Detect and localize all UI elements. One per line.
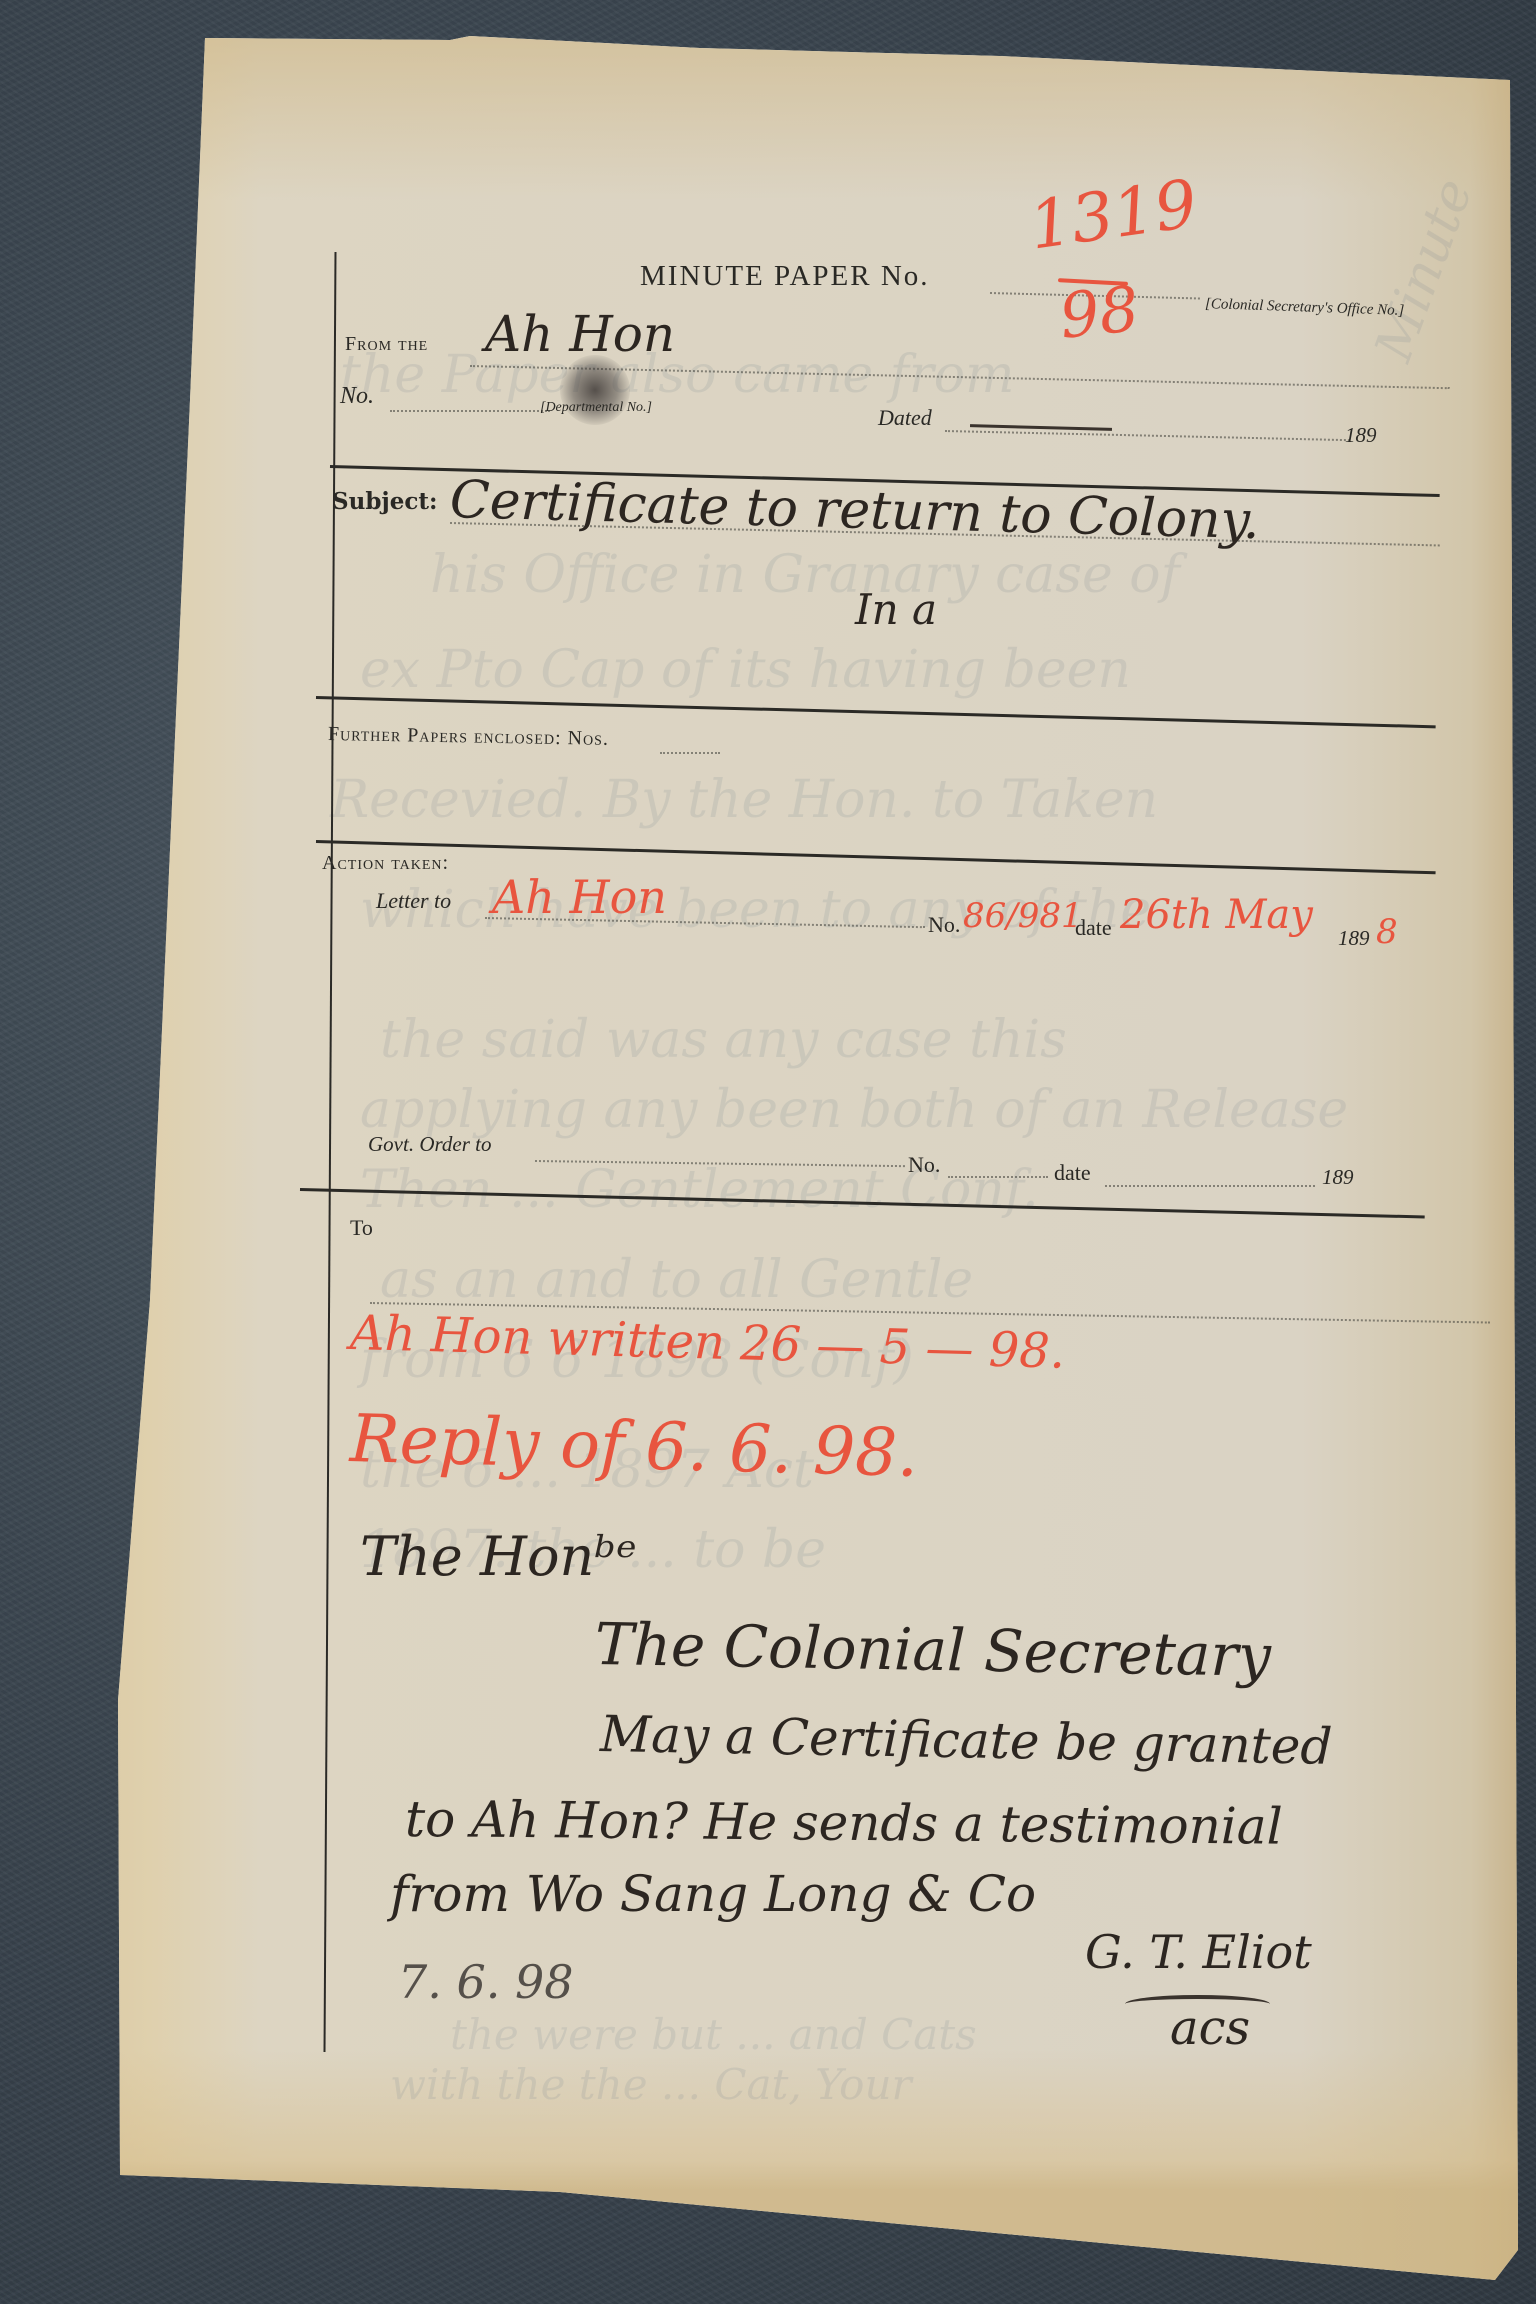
letter-no-value-handwritten: 86/981 xyxy=(963,896,1083,936)
subject-label: Subject: xyxy=(332,488,438,515)
minute-signature: G. T. Eliot xyxy=(1085,1925,1312,1979)
govt-no-line xyxy=(948,1176,1048,1178)
red-annotation-reply: Reply of 6. 6. 98. xyxy=(349,1400,919,1492)
from-label: From the xyxy=(345,333,428,356)
minute-signature-suffix: acs xyxy=(1170,2000,1250,2056)
action-taken-label: Action taken: xyxy=(322,852,449,875)
minute-date: 7. 6. 98 xyxy=(398,1955,574,2009)
dept-no-line xyxy=(390,410,550,412)
letter-no-label: No. xyxy=(928,912,960,938)
govt-order-label: Govt. Order to xyxy=(368,1132,491,1157)
letter-to-label: Letter to xyxy=(376,888,451,914)
govt-year: 189 xyxy=(1322,1165,1354,1190)
letter-to-value-handwritten: Ah Hon xyxy=(492,870,667,924)
further-papers-line xyxy=(660,752,720,754)
to-label: To xyxy=(350,1215,373,1241)
govt-date-line xyxy=(1105,1185,1315,1187)
form-title: MINUTE PAPER No. xyxy=(640,260,930,293)
from-value-handwritten: Ah Hon xyxy=(485,305,675,363)
letter-year-printed: 189 xyxy=(1338,926,1370,951)
minute-body-line-2: to Ah Hon? He sends a testimonial xyxy=(405,1790,1283,1856)
minute-body-line-3: from Wo Sang Long & Co xyxy=(390,1865,1036,1923)
govt-date-label: date xyxy=(1054,1160,1091,1186)
dated-label: Dated xyxy=(878,405,932,431)
govt-no-label: No. xyxy=(908,1152,940,1178)
subject-note-handwritten: In a xyxy=(855,585,937,634)
dated-year: 189 xyxy=(1345,423,1377,448)
minute-paper-sheet: Minute the Paper also came from his Offi… xyxy=(0,0,1536,2304)
dept-no-hint: [Departmental No.] xyxy=(540,400,652,416)
dept-no-label: No. xyxy=(340,383,374,410)
further-papers-label: Further Papers enclosed: Nos. xyxy=(328,723,609,751)
letter-year-handwritten: 8 xyxy=(1376,912,1398,952)
letter-date-label: date xyxy=(1075,915,1112,941)
minute-salutation: The Honᵇᵉ xyxy=(360,1525,637,1588)
letter-date-value-handwritten: 26th May xyxy=(1120,892,1313,938)
minute-year-handwritten: 98 xyxy=(1056,272,1142,353)
minute-addressee: The Colonial Secretary xyxy=(594,1610,1271,1690)
